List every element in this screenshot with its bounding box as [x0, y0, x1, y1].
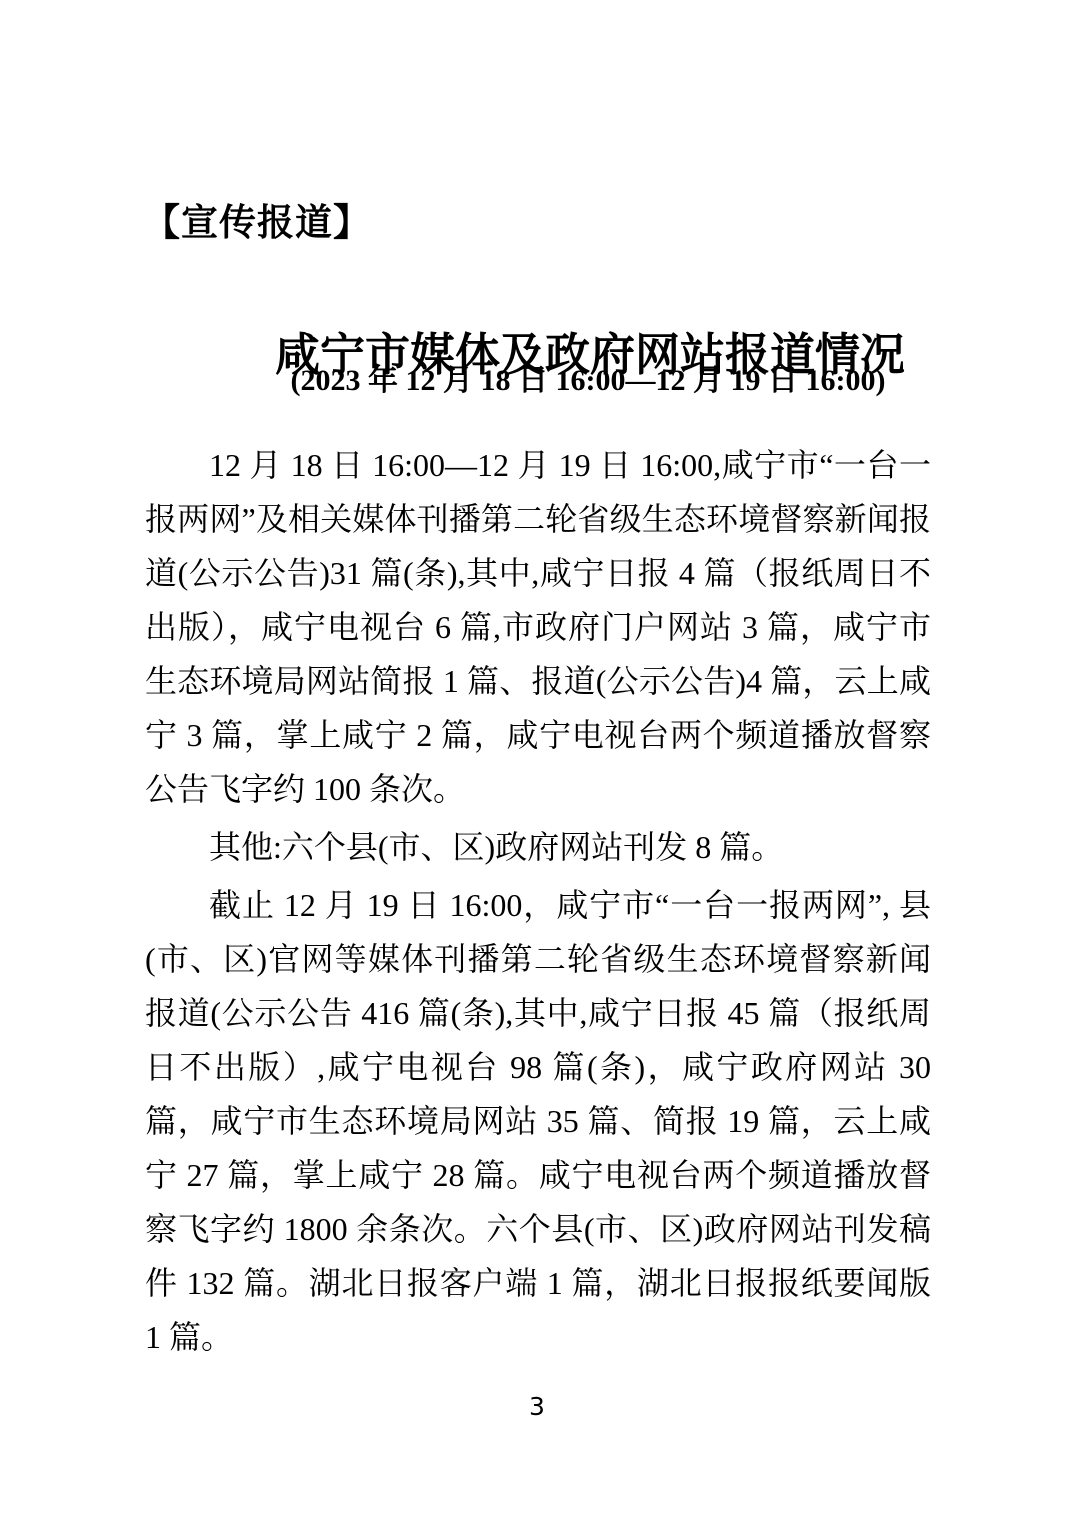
- page-number: 3: [0, 1392, 1074, 1421]
- body-paragraph: 12 月 18 日 16:00—12 月 19 日 16:00,咸宁市“一台一报…: [145, 438, 931, 816]
- document-body: 12 月 18 日 16:00—12 月 19 日 16:00,咸宁市“一台一报…: [145, 438, 931, 1364]
- document-subtitle-daterange: (2023 年 12 月 18 日 16:00—12 月 19 日 16:00): [195, 355, 981, 399]
- body-paragraph: 其他:六个县(市、区)政府网站刊发 8 篇。: [145, 820, 931, 874]
- body-paragraph: 截止 12 月 19 日 16:00，咸宁市“一台一报两网”, 县(市、区)官网…: [145, 878, 931, 1364]
- section-label: 【宣传报道】: [143, 192, 371, 246]
- document-page: 【宣传报道】 咸宁市媒体及政府网站报道情况 (2023 年 12 月 18 日 …: [0, 0, 1074, 1520]
